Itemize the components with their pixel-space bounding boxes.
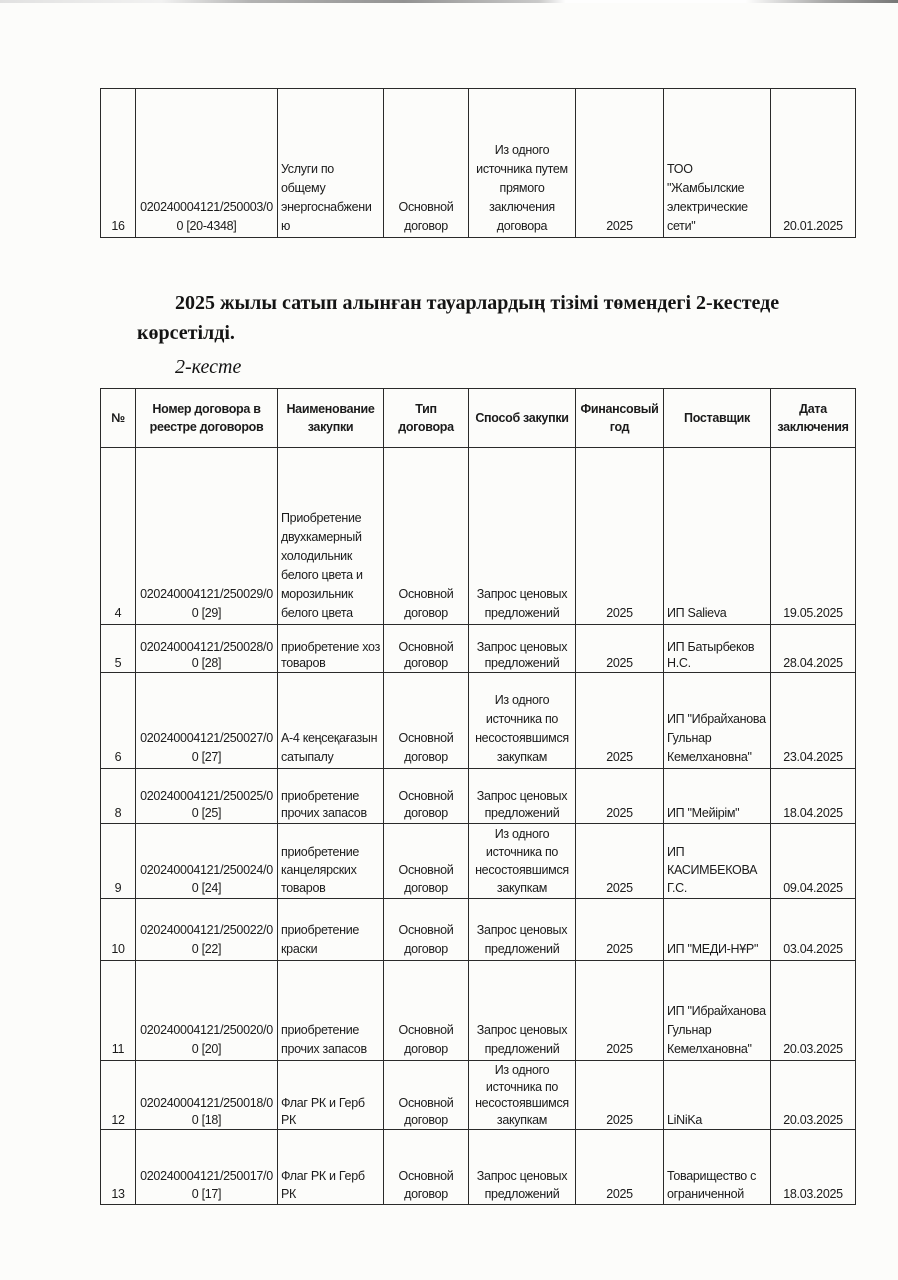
cell-purchase-name: приобретение прочих запасов — [278, 769, 384, 824]
cell-fiscal-year: 2025 — [576, 961, 664, 1061]
table-row: 13020240004121/250017/00 [17]Флаг РК и Г… — [101, 1130, 856, 1205]
cell-fiscal-year: 2025 — [576, 448, 664, 625]
cell-contract-type: Основной договор — [384, 673, 469, 769]
cell-contract-date: 03.04.2025 — [771, 899, 856, 961]
cell-contract-type: Основной договор — [384, 448, 469, 625]
table-row: 11020240004121/250020/00 [20]приобретени… — [101, 961, 856, 1061]
cell-fiscal-year: 2025 — [576, 824, 664, 899]
cell-contract-date: 20.01.2025 — [771, 89, 856, 238]
cell-contract-date: 09.04.2025 — [771, 824, 856, 899]
header-fiscal-year: Финансовый год — [576, 389, 664, 448]
cell-supplier: Товарищество с ограниченной — [664, 1130, 771, 1205]
cell-procurement-method: Запрос ценовых предложений — [469, 625, 576, 673]
cell-fiscal-year: 2025 — [576, 1130, 664, 1205]
table-row: 8020240004121/250025/00 [25]приобретение… — [101, 769, 856, 824]
cell-no: 11 — [101, 961, 136, 1061]
cell-fiscal-year: 2025 — [576, 673, 664, 769]
cell-contract-type: Основной договор — [384, 769, 469, 824]
table-row: 9020240004121/250024/00 [24]приобретение… — [101, 824, 856, 899]
cell-contract-number: 020240004121/250022/00 [22] — [136, 899, 278, 961]
table-row: 10020240004121/250022/00 [22]приобретени… — [101, 899, 856, 961]
cell-no: 6 — [101, 673, 136, 769]
cell-contract-type: Основной договор — [384, 1130, 469, 1205]
cell-supplier: ИП "МЕДИ-НҰР" — [664, 899, 771, 961]
table-row: 6020240004121/250027/00 [27]А-4 кеңсеқағ… — [101, 673, 856, 769]
cell-supplier: ИП "Ибрайханова Гульнар Кемелхановна" — [664, 961, 771, 1061]
cell-supplier: LiNiKa — [664, 1061, 771, 1130]
header-contract-type: Тип договора — [384, 389, 469, 448]
cell-procurement-method: Запрос ценовых предложений — [469, 899, 576, 961]
cell-contract-date: 18.03.2025 — [771, 1130, 856, 1205]
cell-fiscal-year: 2025 — [576, 899, 664, 961]
cell-contract-type: Основной договор — [384, 89, 469, 238]
table-body: 4020240004121/250029/00 [29]Приобретение… — [101, 448, 856, 1205]
cell-contract-number: 020240004121/250020/00 [20] — [136, 961, 278, 1061]
header-contract-number: Номер договора в реестре договоров — [136, 389, 278, 448]
table-caption: 2-кесте — [175, 352, 241, 382]
cell-fiscal-year: 2025 — [576, 625, 664, 673]
cell-procurement-method: Из одного источника путем прямого заключ… — [469, 89, 576, 238]
cell-contract-number: 020240004121/250017/00 [17] — [136, 1130, 278, 1205]
cell-no: 5 — [101, 625, 136, 673]
cell-procurement-method: Из одного источника по несостоявшимся за… — [469, 824, 576, 899]
cell-contract-date: 20.03.2025 — [771, 961, 856, 1061]
cell-purchase-name: приобретение краски — [278, 899, 384, 961]
cell-purchase-name: приобретение хоз товаров — [278, 625, 384, 673]
cell-procurement-method: Запрос ценовых предложений — [469, 1130, 576, 1205]
header-purchase-name: Наименование закупки — [278, 389, 384, 448]
cell-fiscal-year: 2025 — [576, 1061, 664, 1130]
cell-contract-date: 18.04.2025 — [771, 769, 856, 824]
cell-purchase-name: Приобретение двухкамерный холодильник бе… — [278, 448, 384, 625]
cell-contract-date: 28.04.2025 — [771, 625, 856, 673]
cell-contract-number: 020240004121/250028/00 [28] — [136, 625, 278, 673]
contracts-table-continued: 16020240004121/250003/00 [20-4348]Услуги… — [100, 88, 856, 238]
table-row: 5020240004121/250028/00 [28]приобретение… — [101, 625, 856, 673]
cell-purchase-name: А-4 кеңсеқағазын сатыпалу — [278, 673, 384, 769]
cell-procurement-method: Запрос ценовых предложений — [469, 961, 576, 1061]
cell-purchase-name: Флаг РК и Герб РК — [278, 1061, 384, 1130]
document-page: 16020240004121/250003/00 [20-4348]Услуги… — [0, 0, 898, 1280]
header-supplier: Поставщик — [664, 389, 771, 448]
cell-procurement-method: Запрос ценовых предложений — [469, 448, 576, 625]
cell-procurement-method: Из одного источника по несостоявшимся за… — [469, 1061, 576, 1130]
cell-fiscal-year: 2025 — [576, 769, 664, 824]
cell-purchase-name: Услуги по общему энергоснабжению — [278, 89, 384, 238]
cell-no: 8 — [101, 769, 136, 824]
cell-no: 10 — [101, 899, 136, 961]
section-paragraph: 2025 жылы сатып алынған тауарлардың тізі… — [137, 288, 837, 348]
cell-supplier: ИП Salieva — [664, 448, 771, 625]
cell-supplier: ИП КАСИМБЕКОВА Г.С. — [664, 824, 771, 899]
cell-fiscal-year: 2025 — [576, 89, 664, 238]
cell-contract-type: Основной договор — [384, 625, 469, 673]
table-body: 16020240004121/250003/00 [20-4348]Услуги… — [101, 89, 856, 238]
cell-contract-date: 20.03.2025 — [771, 1061, 856, 1130]
cell-contract-number: 020240004121/250029/00 [29] — [136, 448, 278, 625]
cell-procurement-method: Запрос ценовых предложений — [469, 769, 576, 824]
header-no: № — [101, 389, 136, 448]
cell-no: 4 — [101, 448, 136, 625]
cell-contract-type: Основной договор — [384, 824, 469, 899]
cell-supplier: ИП "Мейірім" — [664, 769, 771, 824]
cell-supplier: ИП Батырбеков Н.С. — [664, 625, 771, 673]
scan-edge — [0, 0, 898, 3]
cell-contract-type: Основной договор — [384, 961, 469, 1061]
cell-contract-number: 020240004121/250025/00 [25] — [136, 769, 278, 824]
cell-contract-number: 020240004121/250003/00 [20-4348] — [136, 89, 278, 238]
cell-procurement-method: Из одного источника по несостоявшимся за… — [469, 673, 576, 769]
cell-purchase-name: Флаг РК и Герб РК — [278, 1130, 384, 1205]
cell-no: 9 — [101, 824, 136, 899]
cell-supplier: ИП "Ибрайханова Гульнар Кемелхановна" — [664, 673, 771, 769]
cell-contract-number: 020240004121/250027/00 [27] — [136, 673, 278, 769]
cell-purchase-name: приобретение прочих запасов — [278, 961, 384, 1061]
table-header-row: №Номер договора в реестре договоровНаиме… — [101, 389, 856, 448]
cell-no: 13 — [101, 1130, 136, 1205]
cell-no: 16 — [101, 89, 136, 238]
cell-contract-number: 020240004121/250024/00 [24] — [136, 824, 278, 899]
header-procurement-method: Способ закупки — [469, 389, 576, 448]
cell-contract-type: Основной договор — [384, 1061, 469, 1130]
cell-no: 12 — [101, 1061, 136, 1130]
cell-contract-date: 19.05.2025 — [771, 448, 856, 625]
table-row: 16020240004121/250003/00 [20-4348]Услуги… — [101, 89, 856, 238]
table-row: 4020240004121/250029/00 [29]Приобретение… — [101, 448, 856, 625]
cell-contract-type: Основной договор — [384, 899, 469, 961]
cell-supplier: ТОО "Жамбылские электрические сети" — [664, 89, 771, 238]
purchased-goods-table: №Номер договора в реестре договоровНаиме… — [100, 388, 856, 1205]
cell-contract-date: 23.04.2025 — [771, 673, 856, 769]
header-contract-date: Дата заключения — [771, 389, 856, 448]
cell-contract-number: 020240004121/250018/00 [18] — [136, 1061, 278, 1130]
cell-purchase-name: приобретение канцелярских товаров — [278, 824, 384, 899]
table-row: 12020240004121/250018/00 [18]Флаг РК и Г… — [101, 1061, 856, 1130]
